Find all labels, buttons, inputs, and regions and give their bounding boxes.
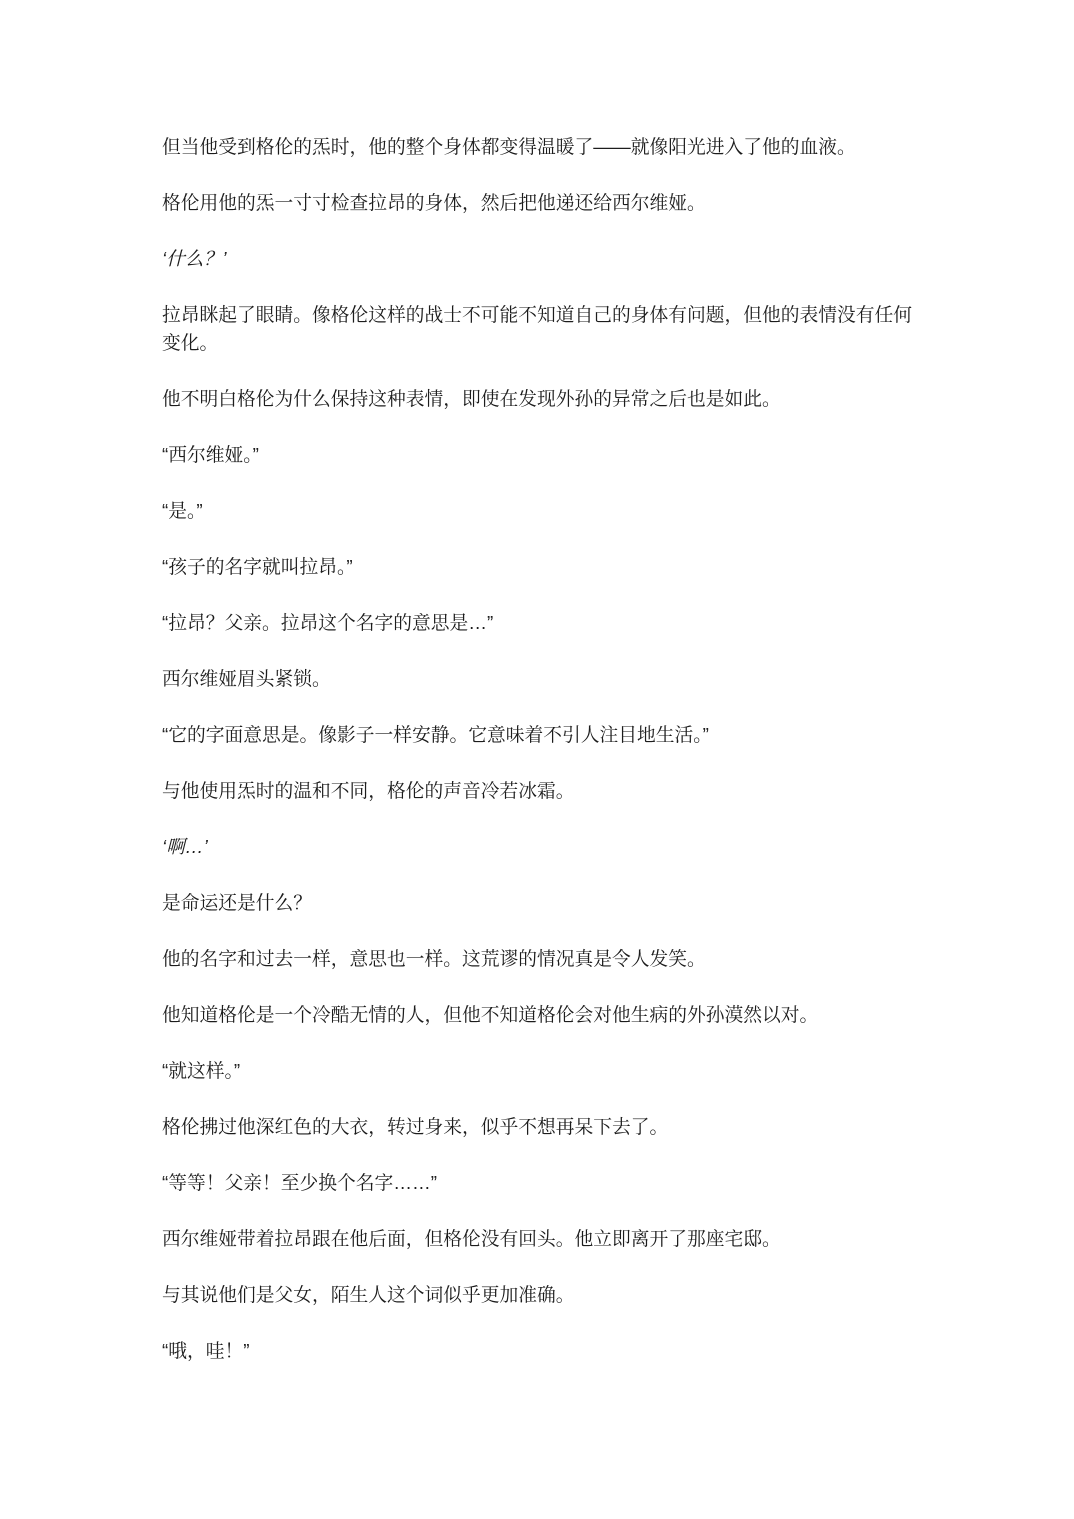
paragraph: “哦，哇！”	[162, 1337, 913, 1365]
paragraph: 拉昂眯起了眼睛。像格伦这样的战士不可能不知道自己的身体有问题，但他的表情没有任何…	[162, 301, 913, 357]
paragraph: ‘什么？’	[162, 245, 913, 273]
paragraph: “就这样。”	[162, 1057, 913, 1085]
paragraph: 与他使用炁时的温和不同，格伦的声音冷若冰霜。	[162, 777, 913, 805]
paragraph: 是命运还是什么？	[162, 889, 913, 917]
paragraph: “等等！父亲！至少换个名字……”	[162, 1169, 913, 1197]
paragraph: “拉昂？父亲。拉昂这个名字的意思是…”	[162, 609, 913, 637]
paragraph: “是。”	[162, 497, 913, 525]
paragraph: 他知道格伦是一个冷酷无情的人，但他不知道格伦会对他生病的外孙漠然以对。	[162, 1001, 913, 1029]
paragraph: 格伦用他的炁一寸寸检查拉昂的身体，然后把他递还给西尔维娅。	[162, 189, 913, 217]
document-body: 但当他受到格伦的炁时，他的整个身体都变得温暖了——就像阳光进入了他的血液。格伦用…	[162, 133, 913, 1365]
paragraph: “它的字面意思是。像影子一样安静。它意味着不引人注目地生活。”	[162, 721, 913, 749]
paragraph: 但当他受到格伦的炁时，他的整个身体都变得温暖了——就像阳光进入了他的血液。	[162, 133, 913, 161]
paragraph: 与其说他们是父女，陌生人这个词似乎更加准确。	[162, 1281, 913, 1309]
document-page: 但当他受到格伦的炁时，他的整个身体都变得温暖了——就像阳光进入了他的血液。格伦用…	[0, 0, 1074, 1519]
paragraph: 他不明白格伦为什么保持这种表情，即使在发现外孙的异常之后也是如此。	[162, 385, 913, 413]
paragraph: “孩子的名字就叫拉昂。”	[162, 553, 913, 581]
paragraph: ‘啊…’	[162, 833, 913, 861]
paragraph: 西尔维娅带着拉昂跟在他后面，但格伦没有回头。他立即离开了那座宅邸。	[162, 1225, 913, 1253]
paragraph: “西尔维娅。”	[162, 441, 913, 469]
paragraph: 格伦拂过他深红色的大衣，转过身来，似乎不想再呆下去了。	[162, 1113, 913, 1141]
paragraph: 西尔维娅眉头紧锁。	[162, 665, 913, 693]
paragraph: 他的名字和过去一样，意思也一样。这荒谬的情况真是令人发笑。	[162, 945, 913, 973]
